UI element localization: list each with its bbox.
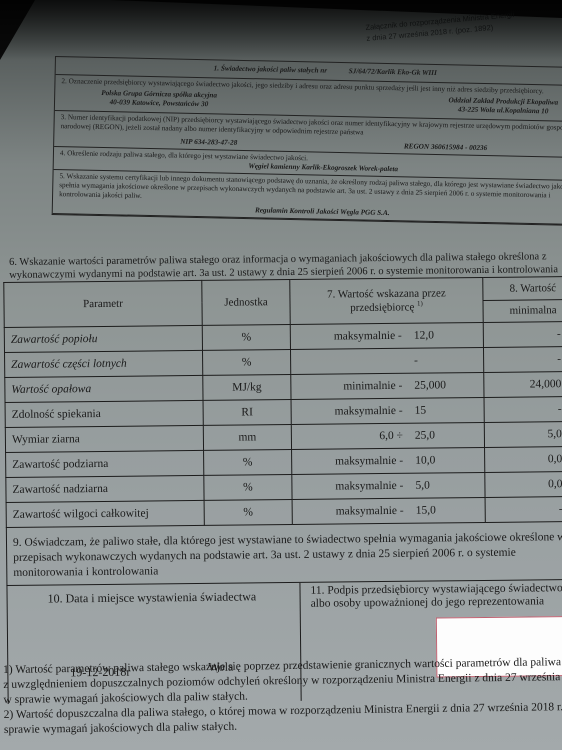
parameter-name: Wartość opałowa xyxy=(5,375,203,402)
value-qualifier: minimalnie - xyxy=(297,380,402,393)
value-qualifier: maksymalnie - xyxy=(298,455,403,468)
value-number: 5,0 xyxy=(403,480,429,492)
value-number: 25,000 xyxy=(402,379,446,391)
issue-date-label: 10. Data i miejsce wystawienia świadectw… xyxy=(48,589,257,606)
parameters-section: 6. Wskazanie wartości parametrów paliwa … xyxy=(3,250,562,704)
nip-number: NIP 634-283-47-28 xyxy=(180,138,237,148)
parameter-unit: % xyxy=(204,499,292,525)
certificate-header-block: 1. Świadectwo jakości paliw stałych nr S… xyxy=(52,56,562,226)
parameter-unit: % xyxy=(202,324,290,350)
parameter-name: Zawartość wilgoci całkowitej xyxy=(6,500,204,527)
company-address: 40-039 Katowice, Powstańców 30 xyxy=(101,98,217,109)
footnotes: 1) Wartość parametrów paliwa stałego wsk… xyxy=(3,655,562,738)
parameter-min: 24,000 xyxy=(484,371,562,397)
value-number: 12,0 xyxy=(402,329,434,341)
branch-address: 43-225 Wola ul.Kopalniana 10 xyxy=(448,105,558,116)
regon-number: REGON 360615984 - 00236 xyxy=(404,142,487,153)
header-allowed: 8. Wartość xyxy=(483,276,562,300)
header-parameter: Parametr xyxy=(4,280,202,327)
parameter-value: minimalnie -25,000 xyxy=(291,372,484,399)
footnote-1: 1) Wartość parametrów paliwa stałego wsk… xyxy=(3,655,562,708)
parameter-name: Wymiar ziarna xyxy=(5,425,203,452)
parameter-min: - xyxy=(483,346,562,372)
parameter-unit: RI xyxy=(203,399,291,425)
parameter-unit: % xyxy=(204,449,292,475)
parameter-value: maksymalnie -15 xyxy=(291,397,484,424)
parameter-unit: mm xyxy=(203,424,291,450)
value-qualifier: maksymalnie - xyxy=(297,330,402,343)
parameter-value: maksymalnie -10,0 xyxy=(292,447,485,474)
parameter-value: maksymalnie -5,0 xyxy=(292,472,485,499)
header-value: 7. Wartość wskazana przez przedsiębiorcę… xyxy=(290,277,483,324)
value-number: 15 xyxy=(403,405,427,417)
value-qualifier xyxy=(297,364,402,365)
parameters-table: Parametr Jednostka 7. Wartość wskazana p… xyxy=(3,276,562,528)
signature-label: 11. Podpis przedsiębiorcy wystawiającego… xyxy=(310,582,562,611)
parameter-min: - xyxy=(484,396,562,422)
parameter-min: 0,0 xyxy=(485,471,562,497)
parameter-unit: % xyxy=(202,349,290,375)
certificate-number: SJ/64/72/Karlik Eko-Gk WIII xyxy=(349,67,437,77)
parameter-name: Zdolność spiekania xyxy=(5,400,203,427)
header-value-footnote: 1) xyxy=(417,300,423,308)
parameter-value: - xyxy=(290,347,483,374)
declaration: 9. Oświadczam, że paliwo stałe, dla któr… xyxy=(6,522,562,586)
parameter-value: 6,0 ÷25,0 xyxy=(291,422,484,449)
parameter-name: Zawartość podziarna xyxy=(6,450,204,477)
header-allowed-min: minimalna xyxy=(483,299,562,323)
parameter-unit: % xyxy=(204,474,292,500)
value-qualifier: maksymalnie - xyxy=(298,480,403,493)
value-number: 15,0 xyxy=(404,504,436,516)
parameter-min: 0,0 xyxy=(485,446,562,472)
parameter-min: 5,0 xyxy=(484,421,562,447)
header-value-text: 7. Wartość wskazana przez przedsiębiorcę xyxy=(327,288,446,315)
parameter-name: Zawartość nadziarna xyxy=(6,475,204,502)
parameter-value: maksymalnie -12,0 xyxy=(290,322,483,349)
parameter-value: maksymalnie -15,0 xyxy=(292,497,485,524)
parameter-min: - xyxy=(483,321,562,347)
value-number: - xyxy=(402,355,418,367)
parameter-unit: MJ/kg xyxy=(203,374,291,400)
value-qualifier: maksymalnie - xyxy=(298,405,403,418)
value-qualifier: 6,0 ÷ xyxy=(298,430,403,443)
parameters-table-body: Zawartość popiołu%maksymalnie -12,0-Zawa… xyxy=(4,321,562,527)
parameter-name: Zawartość części lotnych xyxy=(5,350,203,377)
parameter-min: - xyxy=(485,496,562,522)
parameter-name: Zawartość popiołu xyxy=(4,325,202,352)
value-number: 10,0 xyxy=(403,454,435,466)
value-number: 25,0 xyxy=(403,429,435,441)
value-qualifier: maksymalnie - xyxy=(299,505,404,518)
certificate-number-label: 1. Świadectwo jakości paliw stałych nr xyxy=(214,64,328,74)
header-unit: Jednostka xyxy=(202,279,290,325)
